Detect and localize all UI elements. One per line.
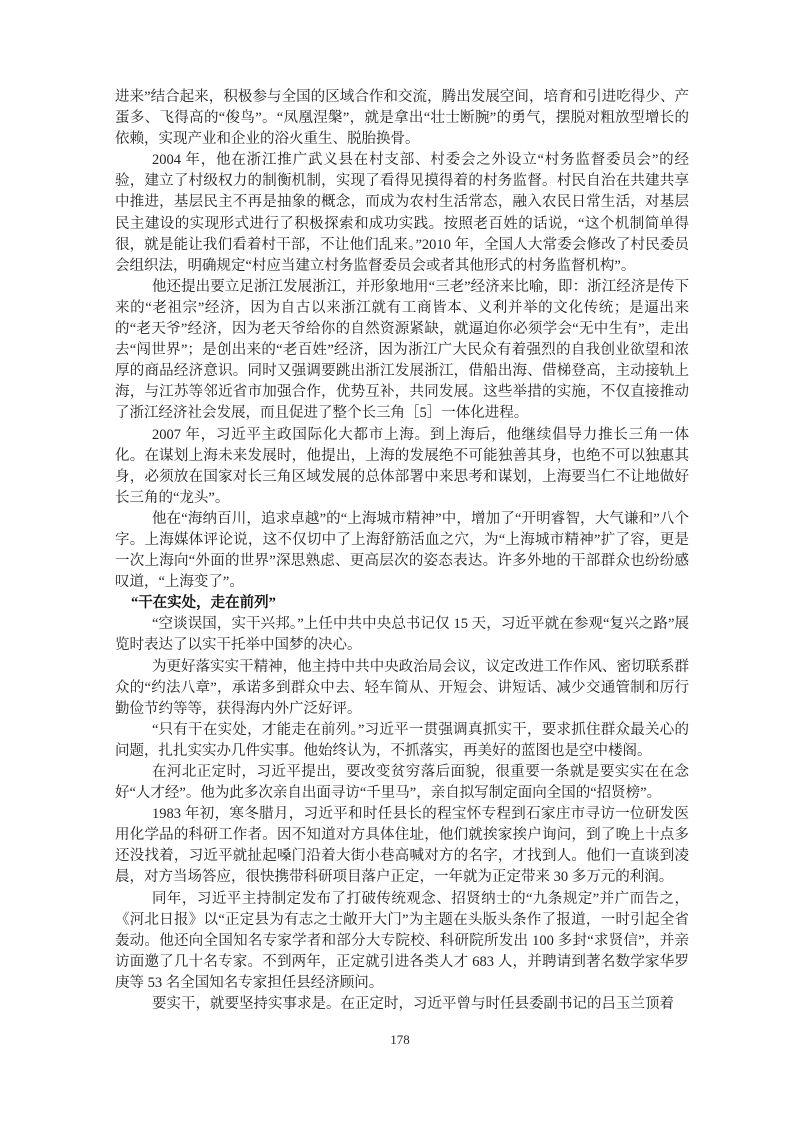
page-number: 178 xyxy=(0,1032,800,1048)
paragraph: 他在“海纳百川，追求卓越”的“上海城市精神”中，增加了“开明睿智，大气谦和”八个… xyxy=(115,509,689,593)
section-heading: “干在实处，走在前列” xyxy=(115,593,689,614)
paragraph: 2004 年，他在浙江推广武义县在村支部、村委会之外设立“村务监督委员会”的经验… xyxy=(115,150,689,277)
paragraph: 他还提出要立足浙江发展浙江，并形象地用“三老”经济来比喻，即：浙江经济是传下来的… xyxy=(115,277,689,425)
paragraph: 2007 年，习近平主政国际化大都市上海。到上海后，他继续倡导力推长三角一体化。… xyxy=(115,425,689,509)
paragraph: 1983 年初，寒冬腊月，习近平和时任县长的程宝怀专程到石家庄市寻访一位研发医用… xyxy=(115,804,689,888)
paragraph: “空谈误国，实干兴邦。”上任中共中央总书记仅 15 天，习近平就在参观“复兴之路… xyxy=(115,614,689,656)
paragraph: 同年，习近平主持制定发布了打破传统观念、招贤纳士的“九条规定”并广而告之，《河北… xyxy=(115,889,689,994)
paragraph: 为更好落实实干精神，他主持中共中央政治局会议，议定改进工作作风、密切联系群众的“… xyxy=(115,657,689,720)
page-body-text: 进来”结合起来，积极参与全国的区域合作和交流，腾出发展空间，培育和引进吃得少、产… xyxy=(115,87,689,1015)
paragraph: 在河北正定时，习近平提出，要改变贫穷落后面貌，很重要一条就是要实实在在念好“人才… xyxy=(115,762,689,804)
paragraph: 进来”结合起来，积极参与全国的区域合作和交流，腾出发展空间，培育和引进吃得少、产… xyxy=(115,87,689,150)
document-page: 进来”结合起来，积极参与全国的区域合作和交流，腾出发展空间，培育和引进吃得少、产… xyxy=(0,0,800,1131)
paragraph: 要实干，就要坚持实事求是。在正定时，习近平曾与时任县委副书记的吕玉兰顶着 xyxy=(115,994,689,1015)
paragraph: “只有干在实处，才能走在前列。”习近平一贯强调真抓实干，要求抓住群众最关心的问题… xyxy=(115,720,689,762)
